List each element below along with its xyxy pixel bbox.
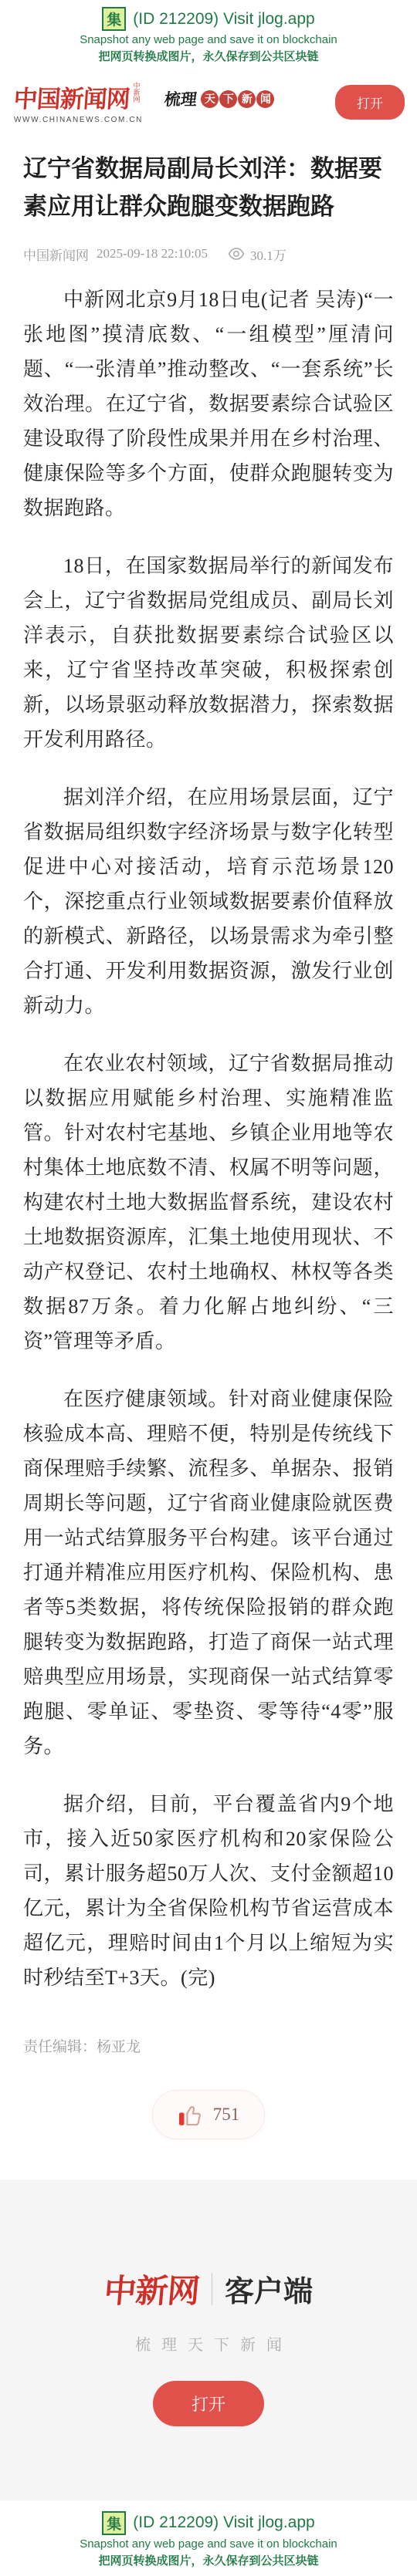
footer-logo-row: 中新网 客户端 xyxy=(0,2266,417,2312)
like-section: 751 xyxy=(0,2090,417,2179)
article-paragraph: 据介绍，目前，平台覆盖省内9个地市，接入近50家医疗机构和20家保险公司，累计服… xyxy=(23,1787,394,1995)
jlog-icon: 集 xyxy=(102,2511,126,2535)
page: 集 (ID 212209) Visit jlog.app Snapshot an… xyxy=(0,0,417,2576)
article-meta: 中国新闻网 2025-09-18 22:10:05 30.1万 xyxy=(0,245,417,264)
article-source: 中国新闻网 xyxy=(23,245,89,264)
open-app-button-header[interactable]: 打开 xyxy=(335,85,405,120)
view-count: 30.1万 xyxy=(250,245,286,264)
banner-line3: 把网页转换成图片，永久保存到公共区块链 xyxy=(0,2552,417,2568)
banner-line2: Snapshot any web page and save it on blo… xyxy=(0,2537,417,2551)
slogan-stamp-char: 天 xyxy=(201,90,219,108)
footer-logo-text: 中新网 xyxy=(102,2266,201,2312)
editor-line: 责任编辑：杨亚龙 xyxy=(0,2035,417,2056)
banner-visit-text: (ID 212209) Visit jlog.app xyxy=(133,2514,314,2532)
header-slogan: 梳理 天下新闻 xyxy=(164,87,274,110)
eye-icon xyxy=(228,248,245,260)
banner-line3: 把网页转换成图片，永久保存到公共区块链 xyxy=(0,48,417,64)
article-paragraph: 中新网北京9月18日电(记者 吴涛)“一张地图”摸清底数、“一组模型”厘清问题、… xyxy=(23,282,394,525)
slogan-prefix: 梳理 xyxy=(164,87,198,110)
footer-app-label: 客户端 xyxy=(225,2267,313,2310)
logo-domain: WWW.CHINANEWS.COM.CN xyxy=(14,116,154,124)
logo-text: 中国新闻网 xyxy=(12,79,131,114)
article-paragraph: 18日，在国家数据局举行的新闻发布会上，辽宁省数据局党组成员、副局长刘洋表示，自… xyxy=(23,549,394,757)
app-promo-footer: 中新网 客户端 梳理天下新闻 打开 xyxy=(0,2179,417,2500)
blockchain-banner-top[interactable]: 集 (ID 212209) Visit jlog.app Snapshot an… xyxy=(0,0,417,72)
footer-logo-divider xyxy=(212,2273,212,2305)
slogan-stamp-char: 新 xyxy=(238,90,256,108)
article-datetime: 2025-09-18 22:10:05 xyxy=(97,246,208,262)
banner-line2: Snapshot any web page and save it on blo… xyxy=(0,33,417,46)
jlog-icon: 集 xyxy=(102,7,126,31)
article-paragraph: 据刘洋介绍，在应用场景层面，辽宁省数据局组织数字经济场景与数字化转型促进中心对接… xyxy=(23,780,394,1023)
slogan-stamp-char: 下 xyxy=(219,90,237,108)
article-title: 辽宁省数据局副局长刘洋：数据要素应用让群众跑腿变数据跑路 xyxy=(0,150,417,226)
site-logo[interactable]: 中国新闻网 中新网 WWW.CHINANEWS.COM.CN xyxy=(14,79,154,124)
view-count-group: 30.1万 xyxy=(228,245,286,264)
slogan-stamp-char: 闻 xyxy=(256,90,274,108)
article-body: 中新网北京9月18日电(记者 吴涛)“一张地图”摸清底数、“一组模型”厘清问题、… xyxy=(0,282,417,1995)
blockchain-banner-bottom[interactable]: 集 (ID 212209) Visit jlog.app Snapshot an… xyxy=(0,2500,417,2576)
article-paragraph: 在农业农村领域，辽宁省数据局推动以数据应用赋能乡村治理、实施精准监管。针对农村宅… xyxy=(23,1046,394,1359)
banner-visit-text: (ID 212209) Visit jlog.app xyxy=(133,10,314,29)
open-app-button-footer[interactable]: 打开 xyxy=(153,2381,264,2426)
like-button[interactable]: 751 xyxy=(152,2090,266,2139)
like-count: 751 xyxy=(213,2105,240,2125)
site-header: 中国新闻网 中新网 WWW.CHINANEWS.COM.CN 梳理 天下新闻 打… xyxy=(0,72,417,130)
footer-slogan: 梳理天下新闻 xyxy=(0,2332,417,2355)
article-paragraph: 在医疗健康领域。针对商业健康保险核验成本高、理赔不便，特别是传统线下商保理赔手续… xyxy=(23,1382,394,1764)
logo-side-text: 中新网 xyxy=(132,82,139,103)
slogan-stamps: 天下新闻 xyxy=(200,90,274,108)
banner-line1: 集 (ID 212209) Visit jlog.app xyxy=(0,2511,417,2535)
thumbs-up-icon xyxy=(178,2102,204,2127)
banner-line1: 集 (ID 212209) Visit jlog.app xyxy=(0,7,417,31)
